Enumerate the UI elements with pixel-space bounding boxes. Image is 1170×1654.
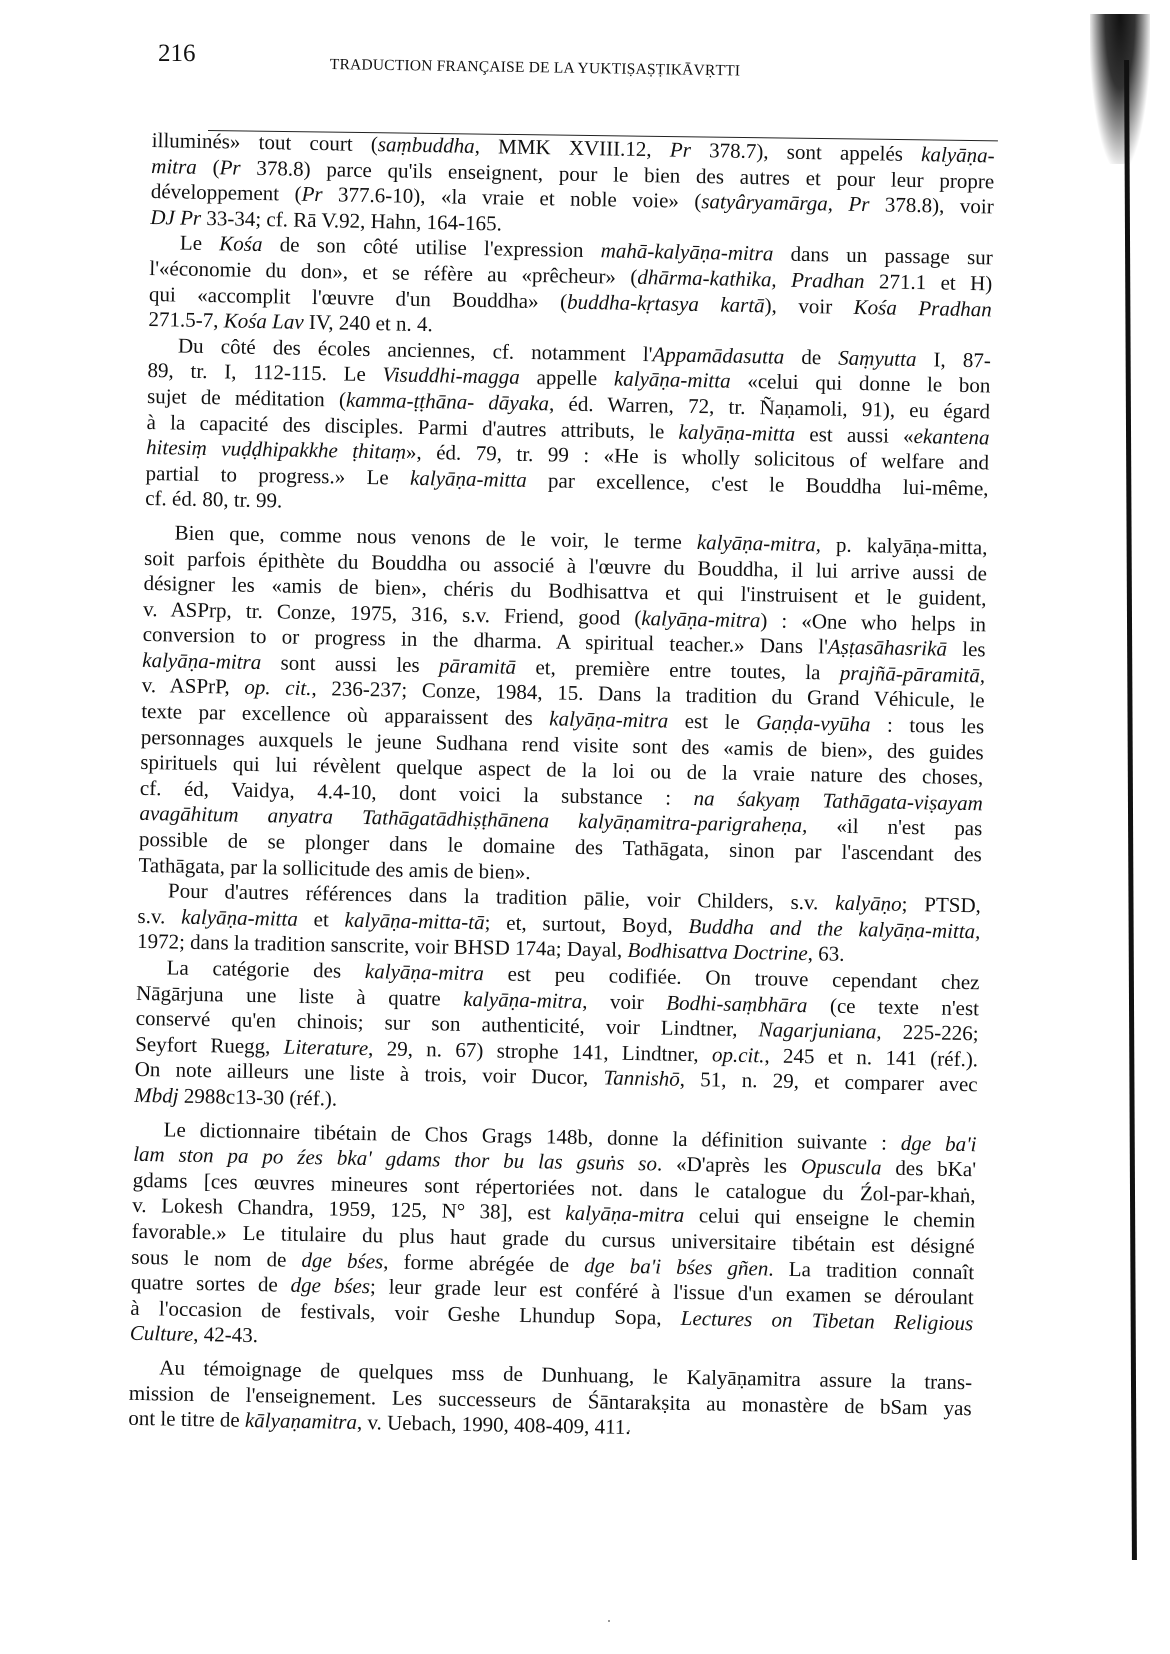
footnote-text-block: illuminés» tout court (saṃbuddha, MMK XV… <box>128 128 1012 1447</box>
italic-term: kalyāṇa-mitta <box>410 466 527 492</box>
italic-term: dge ba'i <box>901 1130 977 1155</box>
text-run: , 63. <box>807 942 844 967</box>
text-run: «celui qui donne le bon <box>730 369 990 398</box>
text-run: Nāgārjuna une liste à quatre <box>136 980 464 1010</box>
text-run: appelle <box>520 365 615 391</box>
italic-term: Appamādasutta <box>652 342 784 368</box>
text-run: 271.5-7, <box>148 307 224 332</box>
italic-term: op. cit. <box>244 675 312 700</box>
italic-term: Visuddhi-magga <box>382 363 520 390</box>
italic-term: ekantena <box>913 424 989 449</box>
text-run: sont aussi les <box>261 650 439 677</box>
text-run: Le <box>180 231 220 256</box>
text-run: 225-226; <box>881 1020 978 1046</box>
text-run: v. ASPrP, <box>142 673 245 699</box>
italic-term: Aṣṭasāhasrikā <box>828 635 947 661</box>
italic-term: kalyāṇa-mitta-tā <box>344 907 484 934</box>
page-number: 216 <box>158 40 196 68</box>
italic-term: pāramitā <box>439 653 516 678</box>
italic-term: hitesiṃ vuḍḍhipakkhe ṭhitaṃ <box>146 435 406 464</box>
italic-term: op.cit. <box>712 1042 765 1067</box>
text-run: , forme abrégée de <box>383 1249 585 1277</box>
italic-term: kalyāṇa-mitra <box>142 648 261 674</box>
text-run: développement ( <box>151 179 302 206</box>
italic-term: satyâryamārga, Pr <box>701 189 870 216</box>
italic-term: Lectures on Tibetan Religious <box>681 1306 974 1335</box>
text-run: et, première entre toutes, la <box>516 655 840 685</box>
text-run: ) : «One who helps in <box>760 608 986 636</box>
italic-term: kamma-ṭṭhāna- dāyaka <box>346 388 550 416</box>
italic-term: Culture <box>130 1321 194 1346</box>
scan-binding-edge <box>1124 60 1137 1560</box>
text-run: La catégorie des <box>166 955 365 983</box>
text-run: 2988c13-30 (réf.). <box>178 1084 337 1111</box>
text-run: 271.1 et H) <box>864 269 992 295</box>
italic-term: Literature <box>284 1034 369 1060</box>
text-run: celui qui enseigne le chemin <box>684 1203 975 1232</box>
italic-term: kālyaṇamitra <box>245 1408 357 1434</box>
italic-term: Kośa Lav <box>224 309 304 334</box>
text-run: . «D'après les <box>657 1152 801 1179</box>
text-run: , 245 et n. 141 (réf.). <box>764 1043 978 1071</box>
text-run: les <box>947 637 986 662</box>
text-run: ; et, surtout, Boyd, <box>484 910 688 938</box>
text-run: 378.7), sont appelés <box>691 138 922 166</box>
italic-term: kalyāṇa-mitra <box>463 986 582 1012</box>
italic-term: Saṃyutta <box>838 345 917 370</box>
italic-term: Bodhisattva Doctrine <box>627 938 808 965</box>
italic-term: mahā-kalyāṇa-mitra <box>600 239 773 266</box>
scan-binding-shadow <box>1090 14 1150 164</box>
italic-term: mitra <box>151 154 197 179</box>
scan-speck <box>628 1430 630 1432</box>
text-run: quatre sortes de <box>131 1270 291 1297</box>
italic-term: dhārma-kathika, Pradhan <box>637 265 865 293</box>
running-title: TRADUCTION FRANÇAISE DE LA YUKTIṢAṢṬIKĀV… <box>330 56 741 80</box>
text-run: , voir <box>582 989 667 1015</box>
italic-term: kalyāṇa-mitra <box>641 606 760 632</box>
italic-term: kalyāṇa-mitra <box>365 959 484 985</box>
text-run: 33-34; cf. Rā V.92, Hahn, 164-165. <box>201 206 502 236</box>
italic-term: Tannishō <box>603 1066 680 1091</box>
text-run: est le <box>668 709 756 735</box>
italic-term: dge bśes <box>301 1247 383 1272</box>
text-run: . La tradition connaît <box>768 1256 974 1284</box>
text-run: s.v. <box>137 904 181 929</box>
text-run: , 42-43. <box>193 1322 258 1347</box>
italic-term: prajñā-pāramitā, <box>840 661 986 688</box>
italic-term: dge bśes <box>290 1273 370 1298</box>
text-run: p. kalyāṇa-mitta, <box>821 532 988 559</box>
italic-term: DJ Pr <box>150 205 201 230</box>
text-run: dans un passage sur <box>773 242 993 270</box>
text-run: ), voir <box>764 293 853 319</box>
text-run: IV, 240 et n. 4. <box>303 310 433 336</box>
italic-term: kalyāṇa-mitra <box>549 706 668 732</box>
text-run: sujet de méditation ( <box>147 384 346 412</box>
italic-term: kalyāṇa-mitta <box>181 904 298 930</box>
italic-term: Nagarjuniana, <box>758 1017 882 1043</box>
text-run: , v. Uebach, 1990, 408-409, 411. <box>357 1410 631 1439</box>
italic-term: Pr <box>219 155 240 179</box>
text-run: ; PTSD, <box>901 892 981 917</box>
text-run: ont le titre de <box>128 1406 245 1432</box>
text-run: ( <box>197 154 220 178</box>
text-run: , 51, n. 29, et comparer avec <box>680 1067 978 1096</box>
italic-term: Gaṇḍa-vyūha <box>756 710 871 736</box>
text-run: Seyfort Ruegg, <box>135 1032 284 1059</box>
italic-term: kalyāṇa-mitra, <box>697 530 822 556</box>
text-run: illuminés» tout court ( <box>152 128 379 156</box>
text-run: partial to progress.» Le <box>145 461 410 490</box>
italic-term: kalyāṇa- <box>921 142 995 167</box>
text-run: : tous les <box>870 712 984 738</box>
italic-term: kalyāṇa-mitta <box>678 419 795 445</box>
italic-term: Pr <box>670 137 691 161</box>
text-run: 378.8), voir <box>869 192 994 218</box>
text-run: 89, tr. I, 112-115. Le <box>147 358 382 386</box>
text-run: et <box>298 907 345 932</box>
text-run: (ce texte n'est <box>807 993 979 1020</box>
scan-speck <box>608 1620 610 1622</box>
italic-term: Pr <box>301 182 322 206</box>
italic-term: Opuscula <box>801 1154 882 1179</box>
italic-term: saṃbuddha <box>378 132 475 158</box>
text-run: cf. éd. 80, tr. 99. <box>145 486 282 513</box>
italic-term: Kośa Pradhan <box>853 294 992 321</box>
italic-term: dge ba'i bśes gñen <box>584 1253 769 1280</box>
italic-term: Kośa <box>219 232 263 257</box>
text-run: de <box>784 344 838 369</box>
text-run: sous le nom de <box>131 1244 302 1271</box>
italic-term: kalyāṇa-mitta <box>614 367 731 393</box>
text-run: est aussi « <box>795 421 914 447</box>
italic-term: kalyāṇa-mitra <box>565 1201 684 1227</box>
italic-term: na śakyaṃ Tathāgata-viṣayam <box>693 786 983 815</box>
italic-term: Buddha and the kalyāṇa-mitta, <box>688 914 980 943</box>
text-run: , MMK XVIII.12, <box>474 134 670 162</box>
text-run: «il n'est pas <box>807 814 982 841</box>
text-run: I, 87- <box>916 347 991 372</box>
italic-term: buddha-kṛtasya kartā <box>567 289 765 317</box>
text-run: des bKa' <box>881 1156 976 1182</box>
italic-term: kalyāṇo <box>835 891 902 916</box>
italic-term: Bodhi-saṃbhāra <box>666 990 808 1017</box>
italic-term: Mbdj <box>134 1083 179 1108</box>
